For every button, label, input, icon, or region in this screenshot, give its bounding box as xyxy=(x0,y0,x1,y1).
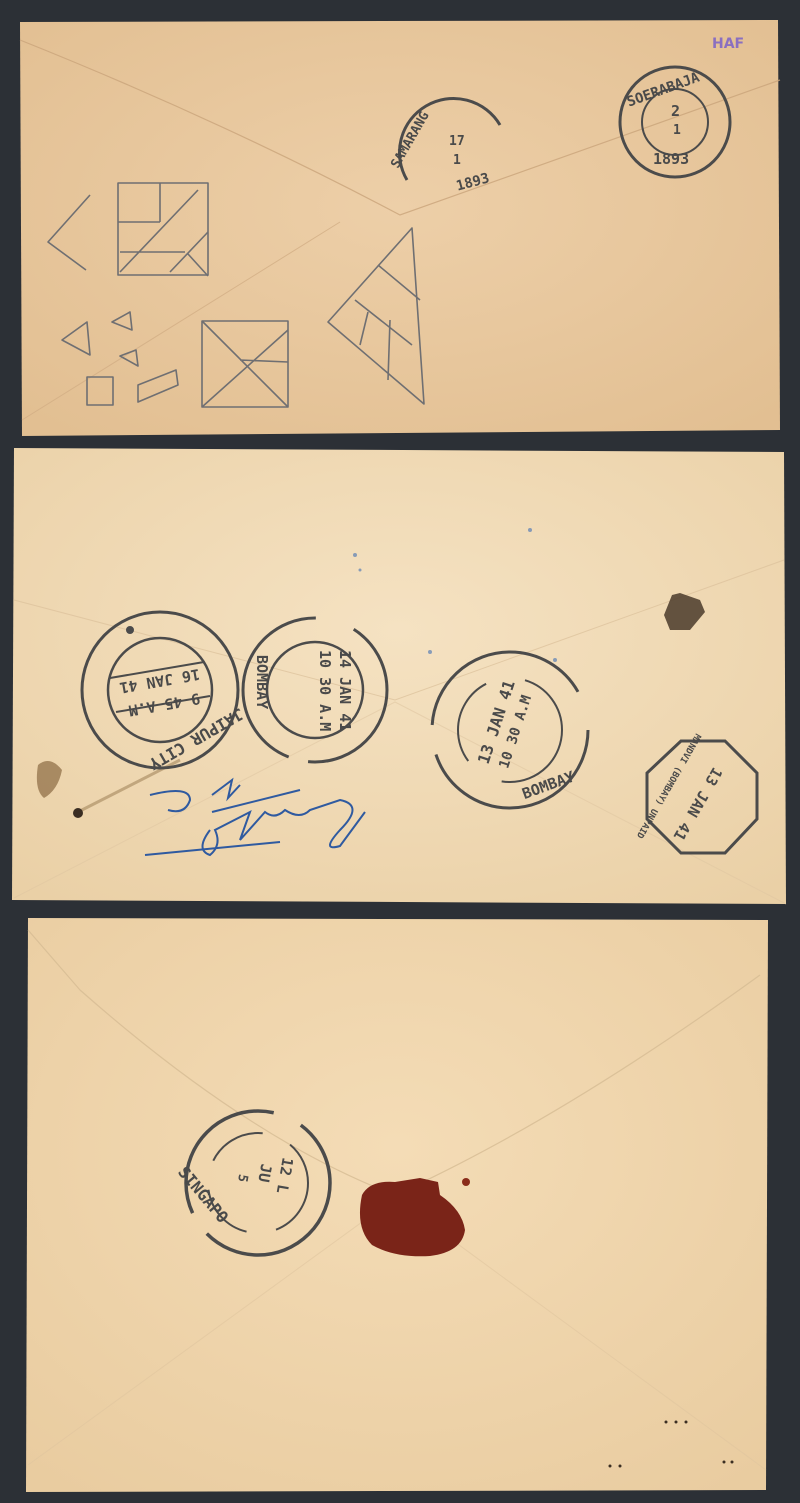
svg-text:JU: JU xyxy=(254,1163,275,1184)
album-page: SAMARANG 17 1 1893 SOERABAJA 2 1 1893 HA… xyxy=(0,0,800,1503)
svg-text:14 JAN 41: 14 JAN 41 xyxy=(336,650,354,731)
svg-text:10 30 A.M: 10 30 A.M xyxy=(316,650,334,731)
svg-text:2: 2 xyxy=(671,102,680,120)
svg-text:1: 1 xyxy=(453,153,461,168)
envelope-2: 9 45 A.M 16 JAN 41 JAIPUR CITY 14 JAN 41… xyxy=(12,448,786,904)
svg-text:1893: 1893 xyxy=(653,150,689,168)
handstamp: HAF xyxy=(712,36,744,52)
svg-text:BOMBAY: BOMBAY xyxy=(253,655,271,709)
svg-text:17: 17 xyxy=(449,134,465,149)
svg-text:1: 1 xyxy=(673,123,681,138)
envelope-3: 12 L JU 5 SINGAPO xyxy=(26,918,768,1492)
envelope-1: SAMARANG 17 1 1893 SOERABAJA 2 1 1893 HA… xyxy=(20,20,780,436)
